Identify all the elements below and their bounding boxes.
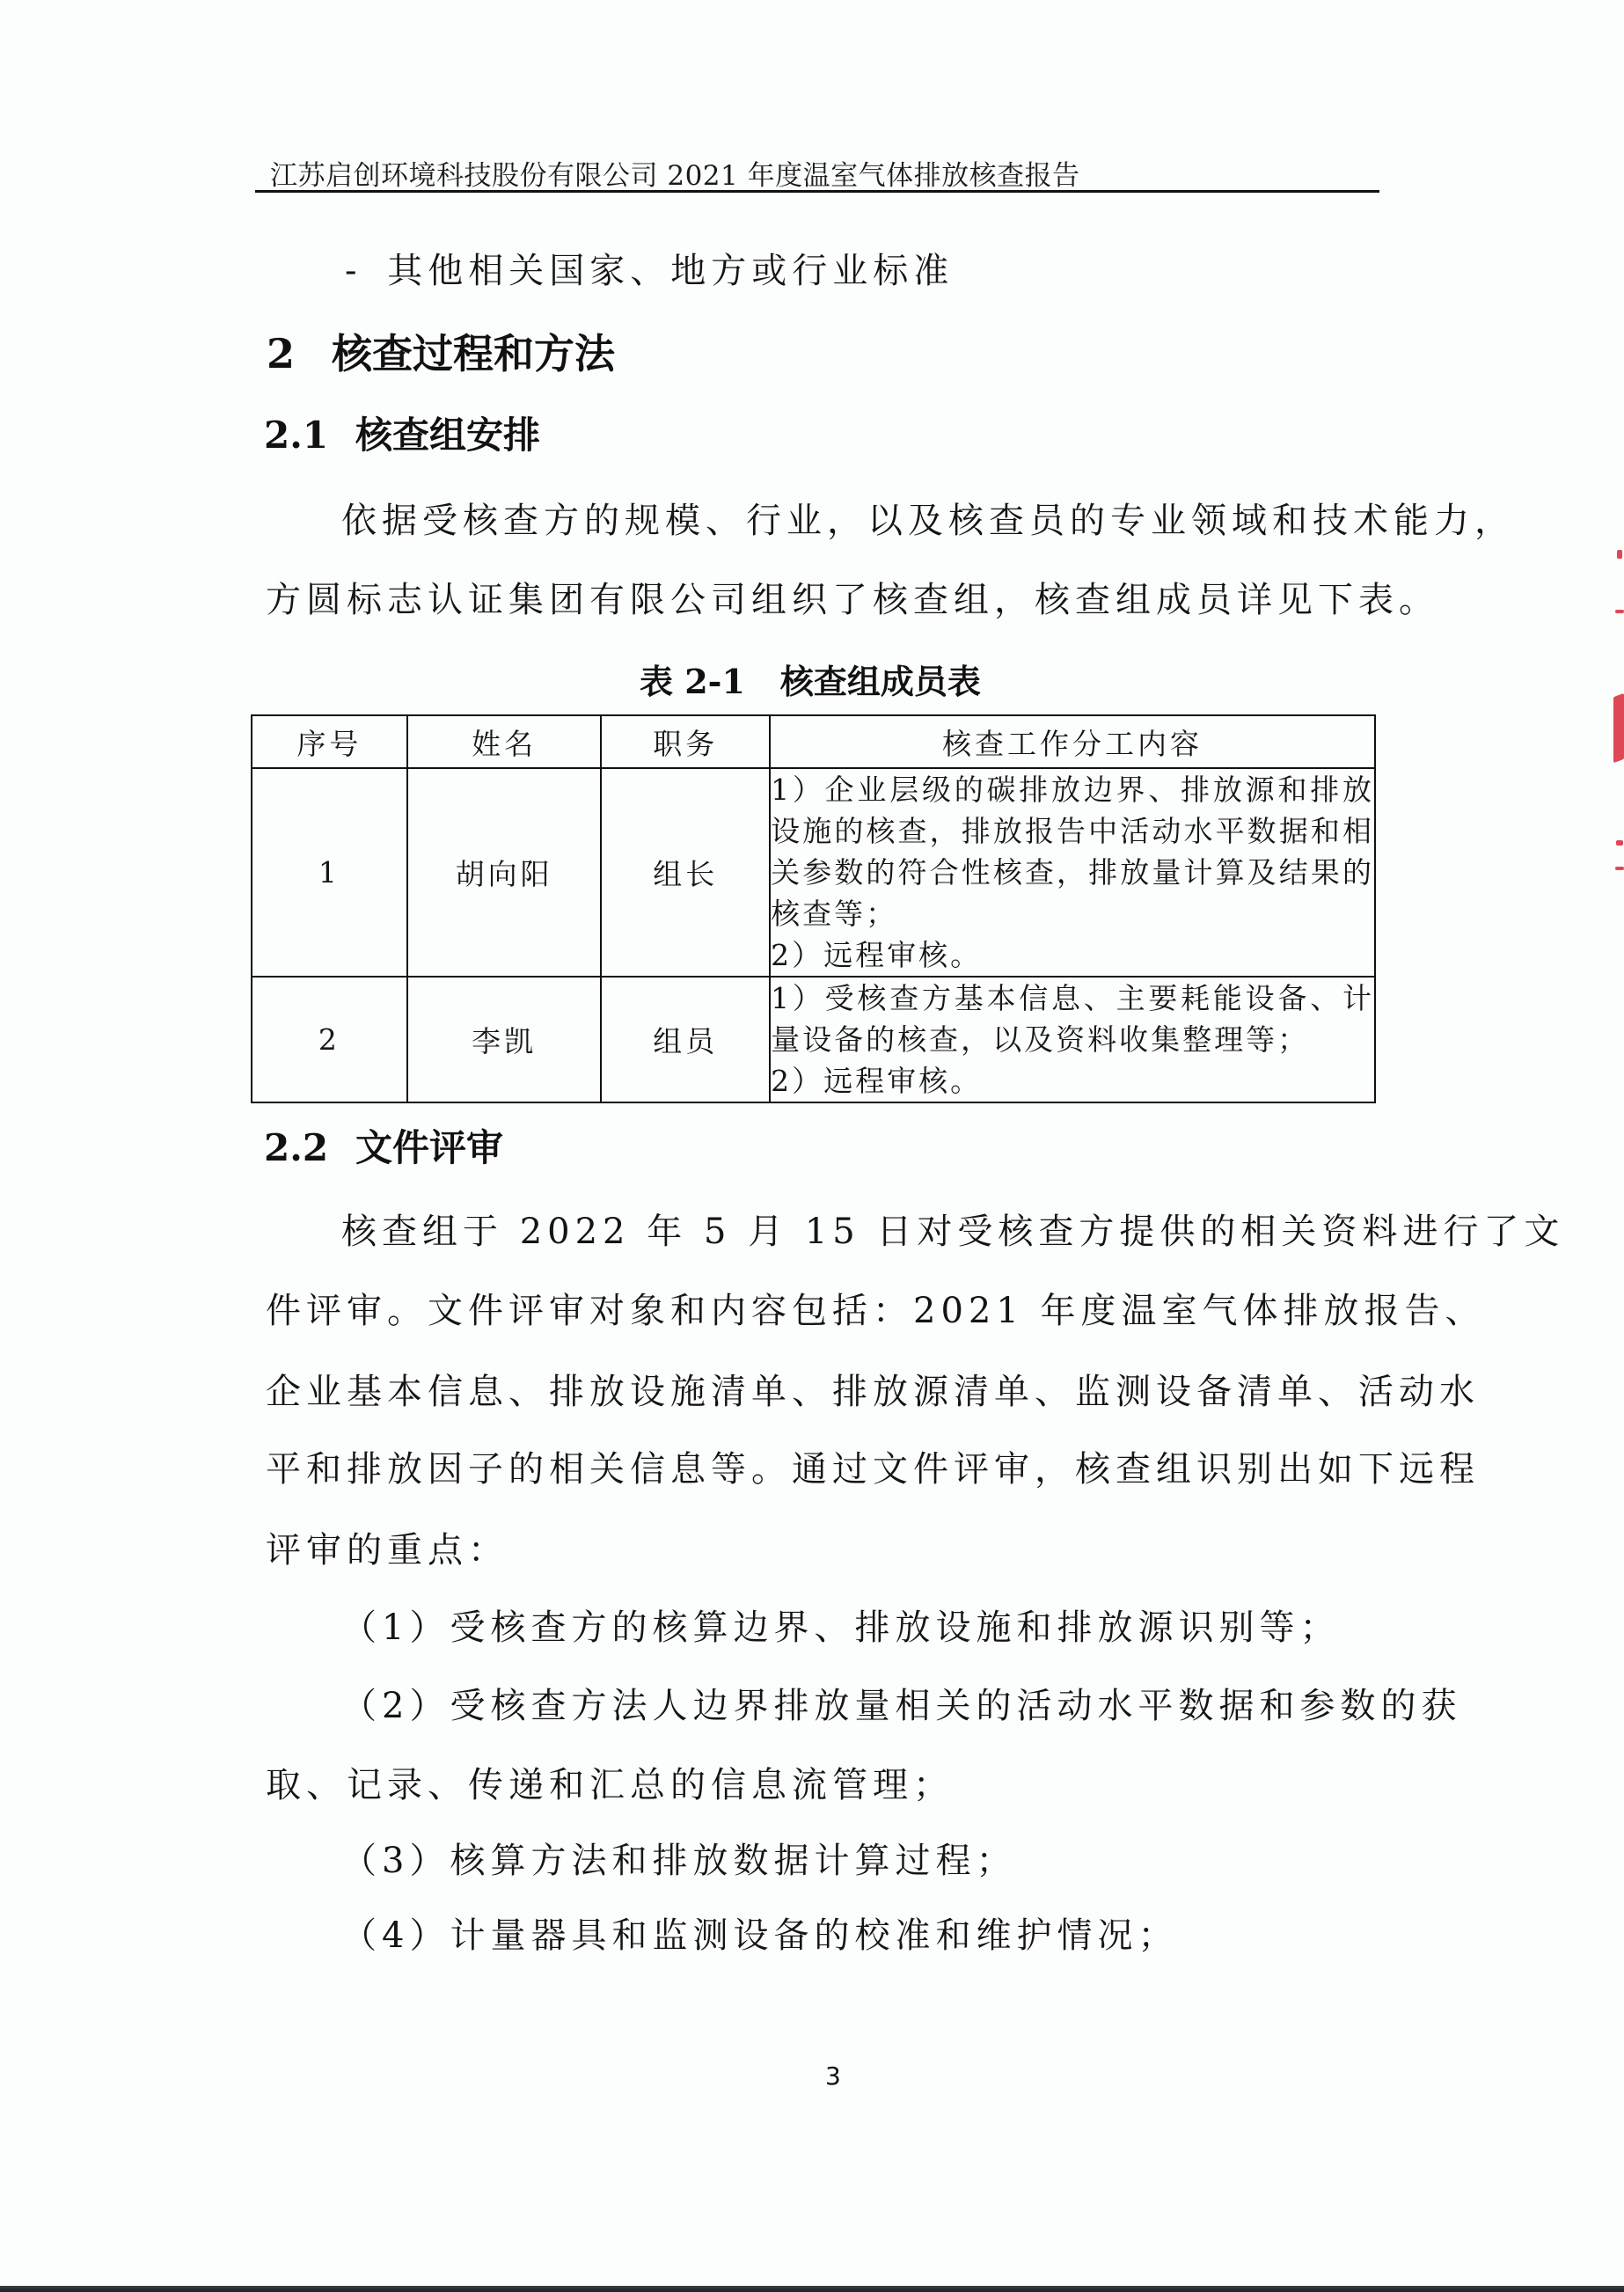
cell-role: 组长 [601,768,770,977]
section-heading-2: 2核查过程和方法 [267,322,615,380]
paragraph-line: 平和排放因子的相关信息等。通过文件评审，核查组识别出如下远程 [266,1441,1480,1491]
cell-index: 2 [252,977,407,1102]
cell-name: 李凯 [407,977,602,1102]
duty-item: 2）远程审核。 [771,1060,1374,1102]
bullet-marker: - [345,251,362,291]
section-number: 2.2 [264,1126,355,1169]
duty-item: 1）受核查方基本信息、主要耗能设备、计量设备的核查，以及资料收集整理等； [771,978,1374,1060]
page-number: 3 [825,2061,841,2091]
duty-item: 2）远程审核。 [771,934,1374,976]
column-header: 职务 [601,715,770,768]
section-number: 2 [267,330,332,377]
cell-name: 胡向阳 [407,768,602,977]
paragraph-line: 核查组于 2022 年 5 月 15 日对受核查方提供的相关资料进行了文 [341,1204,1564,1254]
table-caption: 表 2-1核查组成员表 [640,655,981,703]
section-heading-2-2: 2.2文件评审 [264,1119,503,1172]
caption-label: 表 2-1 [640,662,745,701]
list-item: （1）受核查方的核算边界、排放设施和排放源识别等； [341,1600,1340,1650]
section-heading-2-1: 2.1核查组安排 [264,406,540,459]
section-title: 核查过程和方法 [332,330,615,377]
paragraph-line: 件评审。文件评审对象和内容包括：2021 年度温室气体排放报告、 [266,1283,1486,1333]
list-item: （4）计量器具和监测设备的校准和维护情况； [341,1908,1178,1958]
cell-index: 1 [252,768,407,977]
duty-item: 1）企业层级的碳排放边界、排放源和排放设施的核查，排放报告中活动水平数据和相关参… [771,769,1374,934]
column-header: 姓名 [407,715,602,768]
bullet-text: 其他相关国家、地方或行业标准 [387,251,954,291]
paragraph-line: 评审的重点： [266,1522,508,1572]
column-header: 序号 [252,715,407,768]
members-table: 序号 姓名 职务 核查工作分工内容 1 胡向阳 组长 1）企业层级的碳排放边界、… [251,714,1376,1103]
cell-duties: 1）企业层级的碳排放边界、排放源和排放设施的核查，排放报告中活动水平数据和相关参… [770,768,1375,977]
section-number: 2.1 [264,414,355,457]
running-header: 江苏启创环境科技股份有限公司 2021 年度温室气体排放核查报告 [270,153,1080,193]
list-item: （2）受核查方法人边界排放量相关的活动水平数据和参数的获 [341,1678,1461,1728]
table-row: 2 李凯 组员 1）受核查方基本信息、主要耗能设备、计量设备的核查，以及资料收集… [252,977,1375,1102]
paragraph-line: 依据受核查方的规模、行业，以及核查员的专业领域和技术能力， [341,493,1515,543]
scan-edge [0,2286,1624,2292]
header-rule [255,190,1379,193]
table-row: 1 胡向阳 组长 1）企业层级的碳排放边界、排放源和排放设施的核查，排放报告中活… [252,768,1375,977]
paragraph-line: 企业基本信息、排放设施清单、排放源清单、监测设备清单、活动水 [266,1364,1480,1414]
section-title: 文件评审 [355,1126,503,1169]
paragraph-line: 方圆标志认证集团有限公司组织了核查组，核查组成员详见下表。 [266,572,1439,622]
cell-duties: 1）受核查方基本信息、主要耗能设备、计量设备的核查，以及资料收集整理等； 2）远… [770,977,1375,1102]
column-header: 核查工作分工内容 [770,715,1375,768]
cell-role: 组员 [601,977,770,1102]
section-title: 核查组安排 [355,414,540,457]
bullet-item: - 其他相关国家、地方或行业标准 [345,243,954,293]
list-item-continuation: 取、记录、传递和汇总的信息流管理； [266,1757,954,1807]
caption-title: 核查组成员表 [780,662,981,701]
table-header-row: 序号 姓名 职务 核查工作分工内容 [252,715,1375,768]
list-item: （3）核算方法和排放数据计算过程； [341,1833,1016,1883]
